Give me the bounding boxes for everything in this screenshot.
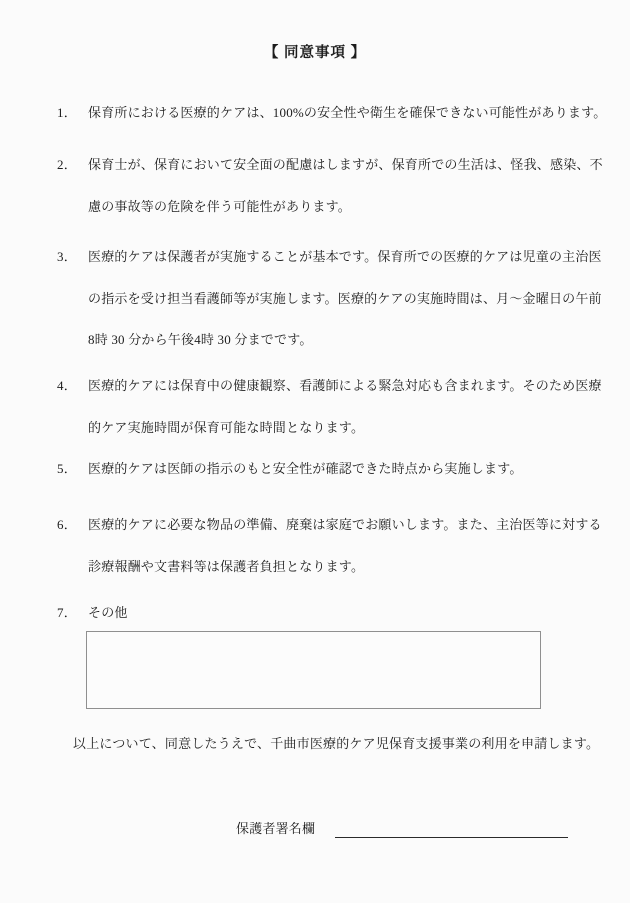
- item-text: 医療的ケアに必要な物品の準備、廃棄は家庭でお願いします。また、主治医等に対する: [88, 517, 602, 532]
- item-number: 2．: [57, 144, 88, 186]
- item-text: 保育士が、保育において安全面の配慮はしますが、保育所での生活は、怪我、感染、不: [88, 157, 603, 172]
- other-notes-box: [86, 631, 541, 709]
- item-line: 1．保育所における医療的ケアは、100%の安全性や衛生を確保できない可能性があり…: [57, 92, 602, 134]
- item-line: 2．保育士が、保育において安全面の配慮はしますが、保育所での生活は、怪我、感染、…: [57, 144, 602, 186]
- item-number: 4．: [57, 365, 88, 407]
- agreement-item-3: 3．医療的ケアは保護者が実施することが基本です。保育所での医療的ケアは児童の主治…: [57, 236, 602, 361]
- item-line: 3．医療的ケアは保護者が実施することが基本です。保育所での医療的ケアは児童の主治…: [57, 236, 602, 278]
- agreement-item-6: 6．医療的ケアに必要な物品の準備、廃棄は家庭でお願いします。また、主治医等に対す…: [57, 504, 602, 587]
- item-text: 医療的ケアは医師の指示のもと安全性が確認できた時点から実施します。: [88, 461, 523, 476]
- guardian-signature-label: 保護者署名欄: [236, 821, 315, 837]
- item-number: 5．: [57, 448, 88, 490]
- item-number: 6．: [57, 504, 88, 546]
- item-text: その他: [88, 605, 128, 620]
- item-line: 4．医療的ケアには保育中の健康観察、看護師による緊急対応も含まれます。そのため医…: [57, 365, 602, 407]
- agreement-item-4: 4．医療的ケアには保育中の健康観察、看護師による緊急対応も含まれます。そのため医…: [57, 365, 602, 448]
- item-text: 保育所における医療的ケアは、100%の安全性や衛生を確保できない可能性があります…: [88, 105, 607, 120]
- item-text: 8時 30 分から午後4時 30 分までです。: [57, 319, 602, 361]
- item-line: 5．医療的ケアは医師の指示のもと安全性が確認できた時点から実施します。: [57, 448, 602, 490]
- document-title: 【 同意事項 】: [0, 41, 630, 62]
- agreement-item-7: 7．その他: [57, 592, 602, 634]
- agreement-item-5: 5．医療的ケアは医師の指示のもと安全性が確認できた時点から実施します。: [57, 448, 602, 490]
- item-line: 7．その他: [57, 592, 602, 634]
- item-text: 慮の事故等の危険を伴う可能性があります。: [57, 186, 602, 228]
- item-text: 医療的ケアは保護者が実施することが基本です。保育所での医療的ケアは児童の主治医: [88, 249, 602, 264]
- item-number: 7．: [57, 592, 88, 634]
- consent-document-page: 【 同意事項 】 1．保育所における医療的ケアは、100%の安全性や衛生を確保で…: [0, 0, 630, 903]
- guardian-signature-line: [335, 837, 568, 838]
- closing-statement: 以上について、同意したうえで、千曲市医療的ケア児保育支援事業の利用を申請します。: [73, 736, 599, 752]
- agreement-item-2: 2．保育士が、保育において安全面の配慮はしますが、保育所での生活は、怪我、感染、…: [57, 144, 602, 227]
- item-text: 医療的ケアには保育中の健康観察、看護師による緊急対応も含まれます。そのため医療: [88, 378, 602, 393]
- agreement-item-1: 1．保育所における医療的ケアは、100%の安全性や衛生を確保できない可能性があり…: [57, 92, 602, 134]
- item-text: の指示を受け担当看護師等が実施します。医療的ケアの実施時間は、月〜金曜日の午前: [57, 278, 602, 320]
- item-line: 6．医療的ケアに必要な物品の準備、廃棄は家庭でお願いします。また、主治医等に対す…: [57, 504, 602, 546]
- item-number: 1．: [57, 92, 88, 134]
- item-number: 3．: [57, 236, 88, 278]
- item-text: 的ケア実施時間が保育可能な時間となります。: [57, 407, 602, 449]
- item-text: 診療報酬や文書料等は保護者負担となります。: [57, 546, 602, 588]
